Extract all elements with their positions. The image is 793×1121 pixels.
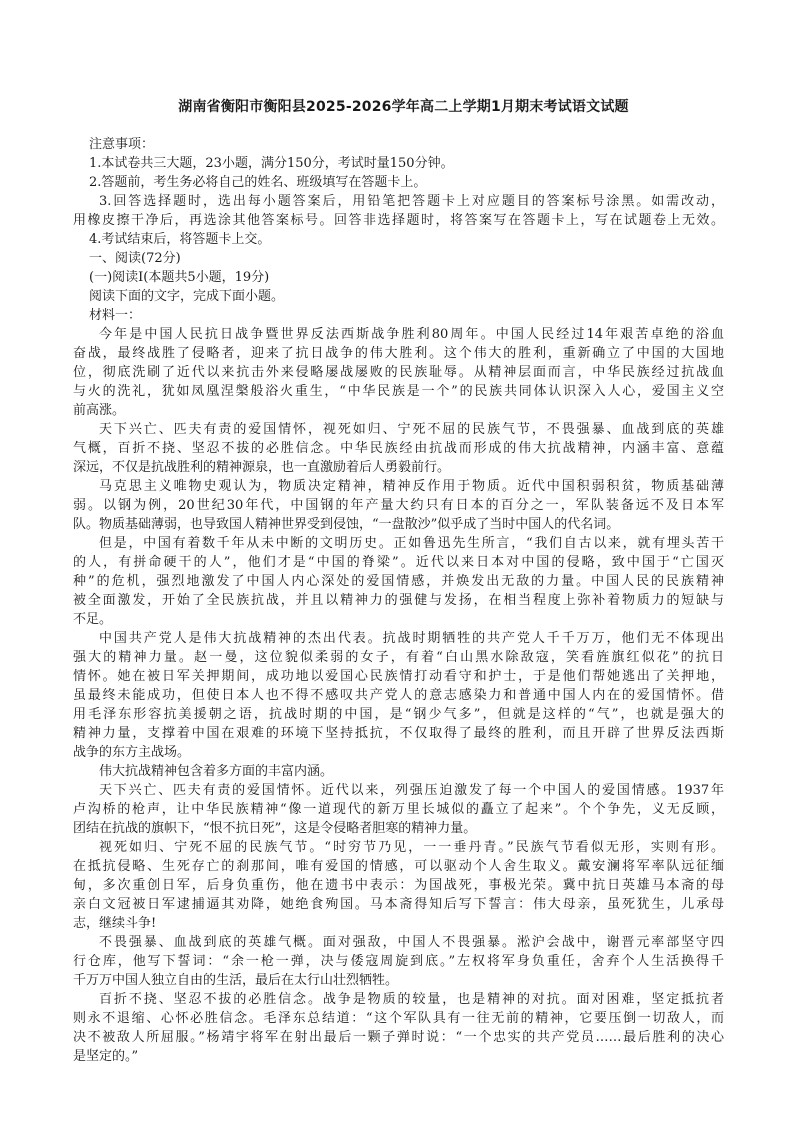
notice-heading: 注意事项： [73,135,724,154]
body-line: 战争的东方主战场。 [73,743,724,762]
body-line: 不足。 [73,610,724,629]
body-line: 决不被敌人所屈服。”杨靖宇将军在射出最后一颗子弹时说：“一个忠实的共产党员……最… [73,1028,724,1047]
body-line: 志，继续斗争! [73,914,724,933]
notice-item-2: 2.答题前，考生务必将自己的姓名、班级填写在答题卡上。 [73,173,724,192]
body-line: 弱。以钢为例，20世纪30年代，中国钢的年产量大约只有日本的百分之一，军队装备远… [73,496,724,515]
body-line: 卢沟桥的枪声，让中华民族精神“像一道现代的新万里长城似的矗立了起来”。个个争先，… [73,800,724,819]
body-line: 天下兴亡、匹夫有责的爱国情怀。近代以来，列强压迫激发了每一个中国人的爱国情感。1… [73,781,724,800]
notice-item-1: 1.本试卷共三大题，23小题，满分150分，考试时量150分钟。 [73,154,724,173]
body-line: 亲白文冠被日军逮捕逼其劝降，她绝食殉国。马本斋得知后写下誓言：伟大母亲，虽死犹生… [73,895,724,914]
body-line: 情怀。她在被日军关押期间，成功地以爱国心民族情打动看守和护士，于是他们帮她逃出了… [73,667,724,686]
body-line: 在抵抗侵略、生死存亡的刹那间，唯有爱国的情感，可以驱动个人舍生取义。戴安澜将军率… [73,857,724,876]
body-line: 甸，多次重创日军，后身负重伤，他在遗书中表示：为国战死，事极光荣。冀中抗日英雄马… [73,876,724,895]
body-line: 种”的危机，强烈地激发了中国人内心深处的爱国情感，并焕发出无敌的力量。中国人民的… [73,572,724,591]
section-instruction: 阅读下面的文字，完成下面小题。 [73,287,724,306]
body-line: 天下兴亡、匹夫有责的爱国情怀，视死如归、宁死不屈的民族气节，不畏强暴、血战到底的… [73,420,724,439]
body-line: 伟大抗战精神包含着多方面的丰富内涵。 [73,762,724,781]
notice-item-4: 4.考试结束后，将答题卡上交。 [73,230,724,249]
body-line: 是坚定的。” [73,1047,724,1066]
body-line: 奋战，最终战胜了侵略者，迎来了抗日战争的伟大胜利。这个伟大的胜利，重新确立了中国… [73,344,724,363]
body-line: 千万万中国人独立自由的生活，最后在太行山壮烈牺牲。 [73,971,724,990]
body-line: 深远，不仅是抗战胜利的精神源泉，也一直激励着后人勇毅前行。 [73,458,724,477]
body-line: 强大的精神力量。赵一曼，这位貌似柔弱的女子，有着“白山黑水除敌寇，笑看旌旗红似花… [73,648,724,667]
section-subheading: (一)阅读Ⅰ(本题共5小题，19分) [73,268,724,287]
body-line: 今年是中国人民抗日战争暨世界反法西斯战争胜利80周年。中国人民经过14年艰苦卓绝… [73,325,724,344]
body-line: 但是，中国有着数千年从未中断的文明历史。正如鲁迅先生所言，“我们自古以来，就有埋… [73,534,724,553]
notice-item-3: 3.回答选择题时，选出每小题答案后，用铅笔把答题卡上对应题目的答案标号涂黑。如需… [73,192,724,211]
section-heading: 一、阅读(72分) [73,249,724,268]
body-line: 与火的洗礼，犹如凤凰涅槃般浴火重生，“中华民族是一个”的民族共同体认识深入人心，… [73,382,724,401]
exam-page: 湖南省衡阳市衡阳县2025-2026学年高二上学期1月期末考试语文试题 注意事项… [73,96,724,1066]
body-line: 位，彻底洗刷了近代以来抗击外来侵略屡战屡败的民族耻辱。从精神层面而言，中华民族经… [73,363,724,382]
body-line: 前高涨。 [73,401,724,420]
notice-item-3-cont: 用橡皮擦干净后，再选涂其他答案标号。回答非选择题时，将答案写在答题卡上，写在试题… [73,211,724,230]
body-line: 中国共产党人是伟大抗战精神的杰出代表。抗战时期牺牲的共产党人千千万万，他们无不体… [73,629,724,648]
exam-title: 湖南省衡阳市衡阳县2025-2026学年高二上学期1月期末考试语文试题 [73,96,724,118]
body-line: 用毛泽东形容抗美援朝之语，抗战时期的中国，是“钢少气多”，但就是这样的“气”，也… [73,705,724,724]
material-label: 材料一： [73,306,724,325]
body-line: 气概，百折不挠、坚忍不拔的必胜信念。中华民族经由抗战而形成的伟大抗战精神，内涵丰… [73,439,724,458]
section-header: 一、阅读(72分) (一)阅读Ⅰ(本题共5小题，19分) 阅读下面的文字，完成下… [73,249,724,325]
body-line: 虽最终未能成功，但使日本人也不得不感叹共产党人的意志感染力和普通中国人内在的爱国… [73,686,724,705]
body-line: 则永不退缩、心怀必胜信念。毛泽东总结道：“这个军队具有一往无前的精神，它要压倒一… [73,1009,724,1028]
body-line: 队。物质基础薄弱，也导致国人精神世界受到侵蚀，“一盘散沙”似乎成了当时中国人的代… [73,515,724,534]
body-line: 马克思主义唯物史观认为，物质决定精神，精神反作用于物质。近代中国积弱积贫，物质基… [73,477,724,496]
body-line: 百折不挠、坚忍不拔的必胜信念。战争是物质的较量，也是精神的对抗。面对困难，坚定抵… [73,990,724,1009]
body-line: 的人，有拼命硬干的人”，他们才是“中国的脊梁”。近代以来日本对中国的侵略，致中国… [73,553,724,572]
body-line: 行仓库，他写下誓词：“余一枪一弹，决与倭寇周旋到底。”左权将军身负重任，舍弃个人… [73,952,724,971]
body-line: 被全面激发，开始了全民族抗战，并且以精神力的强健与发扬，在相当程度上弥补着物质力… [73,591,724,610]
body-line: 精神力量，支撑着中国在艰难的环境下坚持抵抗，不仅取得了最终的胜利，而且开辟了世界… [73,724,724,743]
body-line: 不畏强暴、血战到底的英雄气概。面对强敌，中国人不畏强暴。淞沪会战中，谢晋元率部坚… [73,933,724,952]
body-line: 视死如归、宁死不屈的民族气节。“时穷节乃见，一一垂丹青。”民族气节看似无形，实则… [73,838,724,857]
material-body-text: 今年是中国人民抗日战争暨世界反法西斯战争胜利80周年。中国人民经过14年艰苦卓绝… [73,325,724,1066]
body-line: 团结在抗战的旗帜下，“恨不抗日死”，这是令侵略者胆寒的精神力量。 [73,819,724,838]
notice-block: 注意事项： 1.本试卷共三大题，23小题，满分150分，考试时量150分钟。 2… [73,135,724,249]
